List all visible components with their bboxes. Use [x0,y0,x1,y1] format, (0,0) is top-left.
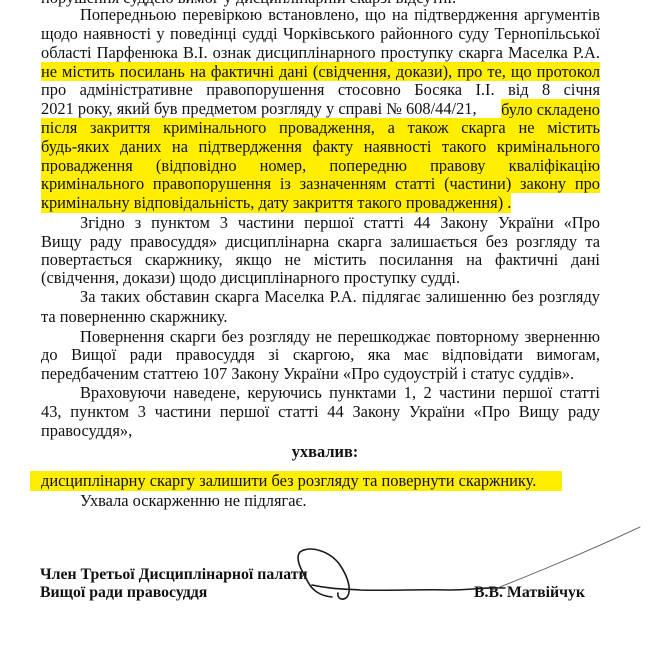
paragraph-line: щодо наявності у поведінці судді Чорківс… [41,24,600,43]
highlighted-line: будь-яких даних на підтвердження факту н… [41,137,600,156]
paragraph-line: Попередньою перевіркою встановлено, що н… [80,5,600,24]
highlighted-line: не містить посилань на фактичні дані (св… [41,62,600,81]
signatory-title-line1: Член Третьої Дисциплінарної палати [40,566,308,584]
paragraph-line: області Парфенюка В.І. ознак дисциплінар… [41,43,600,62]
paragraph-line: повертається скаржнику, якщо не містить … [41,250,600,269]
highlighted-segment: кримінальну відповідальність, дату закри… [41,192,511,213]
paragraph-line: За таких обставин скарга Маселка Р.А. пі… [80,287,600,306]
paragraph-line: та поверненню скаржнику. [41,307,600,326]
line-text: 2021 року, який був предметом розгляду у… [41,99,477,118]
paragraph-line: Згідно з пунктом 3 частини першої статті… [80,213,600,232]
resolution-heading: ухвалив: [0,442,650,461]
paragraph-line: 43, пунктом 3 частини першої статті 44 З… [41,402,600,421]
paragraph-line: Повернення скарги без розгляду не перешк… [80,327,600,346]
paragraph-line: 2021 року, який був предметом розгляду у… [41,99,600,118]
highlighted-line: провадження (відповідно номер, попередню… [41,156,600,175]
paragraph-line: передбаченим статтею 107 Закону України … [41,364,600,383]
paragraph-line: кримінальну відповідальність, дату закри… [41,193,600,212]
signatory-name: В.В. Матвійчук [474,584,585,602]
paragraph-line: до Вищої ради правосуддя зі скаргою, яка… [41,345,600,364]
paragraph-line: про адміністративне правопорушення стосо… [41,80,600,99]
paragraph-line: Враховуючи наведене, керуючись пунктами … [80,383,600,402]
highlighted-segment: було складено [501,99,600,120]
highlighted-line: після закриття кримінального провадження… [41,118,600,137]
paragraph-line: Вищу раду правосуддя» дисциплінарна скар… [41,232,600,251]
decision-text: дисциплінарну скаргу залишити без розгля… [41,471,536,491]
document-page: порушення суддею вимог у дисциплінарній … [0,0,650,669]
signatory-title-line2: Вищої ради правосуддя [40,584,207,602]
highlighted-line: кримінального правопорушення із зазначен… [41,174,600,193]
paragraph-line: (свідчення, докази) щодо дисциплінарного… [41,268,600,287]
decision-highlight: дисциплінарну скаргу залишити без розгля… [30,471,562,491]
appeal-note: Ухвала оскарженню не підлягає. [80,491,600,510]
paragraph-line: правосуддя», [41,421,600,440]
